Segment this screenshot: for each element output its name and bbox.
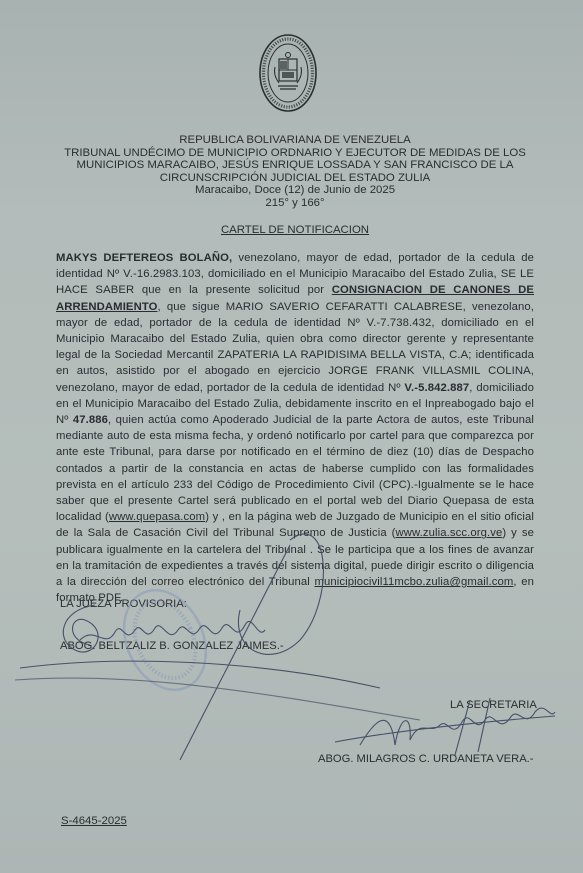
link-quepasa[interactable]: www.quepasa.com bbox=[109, 511, 205, 523]
secretary-title: LA SECRETARIA bbox=[450, 699, 537, 711]
document-title: CARTEL DE NOTIFICACION bbox=[40, 224, 550, 236]
body-text-segment: , que sigue MARIO SAVERIO CEFARATTI CALA… bbox=[56, 301, 534, 394]
judge-name: ABOG. BELTZALIZ B. GONZALEZ JAIMES.- bbox=[60, 640, 284, 652]
header-date: Maracaibo, Doce (12) de Junio de 2025 bbox=[40, 184, 550, 197]
header-line: CIRCUNSCRIPCIÓN JUDICIAL DEL ESTADO ZULI… bbox=[40, 172, 550, 185]
notified-party-name: MAKYS DEFTEREOS BOLAÑO, bbox=[56, 252, 232, 264]
header-line: TRIBUNAL UNDÉCIMO DE MUNICIPIO ORDNARIO … bbox=[40, 147, 550, 160]
court-seal-icon bbox=[258, 33, 318, 113]
secretary-name: ABOG. MILAGROS C. URDANETA VERA.- bbox=[318, 753, 534, 765]
header-line: REPUBLICA BOLIVARIANA DE VENEZUELA bbox=[40, 134, 550, 147]
link-tsj[interactable]: www.zulia.scc.org.ve bbox=[396, 527, 503, 539]
lawyer-id-number: V.-5.842.887 bbox=[404, 382, 469, 394]
case-reference-number: S-4645-2025 bbox=[61, 815, 127, 827]
document-page: REPUBLICA BOLIVARIANA DE VENEZUELA TRIBU… bbox=[0, 0, 583, 873]
notice-body: MAKYS DEFTEREOS BOLAÑO, venezolano, mayo… bbox=[56, 250, 534, 606]
judge-title: LA JUEZA PROVISORIA: bbox=[60, 598, 187, 610]
inpreabogado-number: 47.886 bbox=[73, 414, 108, 426]
header-years: 215° y 166° bbox=[40, 197, 550, 210]
court-email-link[interactable]: municipiocivil11mcbo.zulia@gmail.com bbox=[315, 576, 514, 588]
body-text-segment: , quien actúa como Apoderado Judicial de… bbox=[56, 414, 534, 523]
court-header: REPUBLICA BOLIVARIANA DE VENEZUELA TRIBU… bbox=[40, 134, 550, 210]
header-line: MUNICIPIOS MARACAIBO, JESÚS ENRIQUE LOSS… bbox=[40, 159, 550, 172]
